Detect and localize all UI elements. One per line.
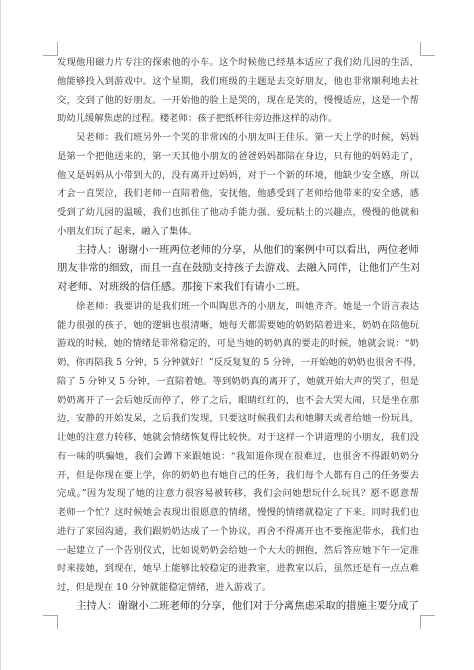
text-line: 一起建立了一个告别仪式，比如说奶奶会给她一个大大的拥抱，然后答应她下午一定准 (57, 542, 419, 561)
text-line: 有一味的哄骗她，我们会蹲下来跟她说：“我知道你现在很难过，也很舍不得跟奶奶分 (57, 448, 419, 467)
paragraph-continuation: 发现他用磁力片专注的探索他的小车。这个时候他已经基本适应了我们幼儿园的生活， 他… (57, 54, 419, 129)
text-line: 奶，你再陪我 5 分钟，5 分钟就好！”反反复复的 5 分钟，一开始她的奶奶也很… (57, 354, 419, 373)
text-line: 是第一个把他送来的，第一天其他小朋友的爸爸妈妈都陪在身边，只有他的妈妈走了， (57, 148, 419, 167)
crop-mark-bottom-left (43, 615, 58, 629)
crop-mark-top-left (43, 42, 58, 56)
crop-mark-top-right (420, 42, 435, 56)
text-line: 主持人：谢谢小二班老师的分享，他们对于分离焦虑采取的措施主要分成了两方面， (57, 598, 419, 617)
text-line: 游戏的时候，她的情绪是非常稳定的，可是当她的奶奶真的要走的时候，她就会说：“奶 (57, 335, 419, 354)
text-line: 才会一直哭泣，我们老师一直陪着他，安抚他，他感受到了老师给他带来的安全感，感 (57, 185, 419, 204)
text-line: 让她的注意力转移，她就会情绪恢复得比较快。对于这样一个讲道理的小朋友，我们没 (57, 429, 419, 448)
text-line: 奶奶离开了一会后她反而停了，停了之后，眼睛红红的，也不会大哭大闹，只是坐在那 (57, 392, 419, 411)
text-line: 发现他用磁力片专注的探索他的小车。这个时候他已经基本适应了我们幼儿园的生活， (57, 54, 419, 73)
text-line: 助幼儿缓解焦虑的过程。楼老师：孩子把纸杯往旁边推这样的动作。 (57, 110, 419, 129)
text-line: 过，但是现在 10 分钟就能稳定情绪，进入游戏了。 (57, 579, 419, 598)
text-line: 对老师、对班级的信任感。那接下来我们有请小二班。 (57, 279, 419, 298)
text-line: 他能够投入到游戏中。这个星期，我们班级的主题是去交好朋友，他也非常顺利地去社 (57, 73, 419, 92)
text-line: 时来接她，到现在，她早上能够比较稳定的进教室，进教室以后，虽然还是有一点点难 (57, 560, 419, 579)
text-line: 能力很强的孩子，她的逻辑也很清晰，她每天都需要她的奶奶陪着进来，奶奶在陪他玩 (57, 317, 419, 336)
page-edge (0, 0, 1, 670)
text-line: 陪了 5 分钟又 5 分钟，一直陪着她。等到奶奶真的离开了，她就开始大声的哭了，… (57, 373, 419, 392)
text-line: 主持人：谢谢小一班两位老师的分享，从他们的案例中可以看出，两位老师观察小 (57, 242, 419, 261)
text-line: 徐老师：我要讲的是我们班一个叫陶思齐的小朋友，叫她齐齐。她是一个语言表达 (57, 298, 419, 317)
text-line: 完成。”因为发现了她的注意力很容易被转移，我们会问她想玩什么玩具？愿不愿意帮 (57, 485, 419, 504)
text-line: 开，但是你现在要上学，你的奶奶也有她自己的任务，我们每个人都有自己的任务要去 (57, 467, 419, 486)
paragraph-teacher-wu: 吴老师：我们班另外一个哭的非常凶的小朋友叫王佳乐。第一天上学的时候，妈妈 是第一… (57, 129, 419, 242)
text-line: 朋友非常的细致，而且一直在鼓励支持孩子去游戏、去融入同伴，让他们产生对学校、 (57, 260, 419, 279)
crop-mark-bottom-right (420, 615, 435, 629)
paragraph-teacher-xu: 徐老师：我要讲的是我们班一个叫陶思齐的小朋友，叫她齐齐。她是一个语言表达 能力很… (57, 298, 419, 598)
text-line: 进行了家园沟通，我们跟奶奶达成了一个协议，再舍不得离开也不要拖泥带水，我们也 (57, 523, 419, 542)
text-line: 边，安静的开始发呆，之后我们发现，只要这时候我们去和她聊天或者给她一份玩具， (57, 410, 419, 429)
text-line: 老师一个忙？这时候她会表现出很愿意的情绪，慢慢的情绪就稳定了下来。同时我们也 (57, 504, 419, 523)
paragraph-host-2: 主持人：谢谢小二班老师的分享，他们对于分离焦虑采取的措施主要分成了两方面， (57, 598, 419, 617)
text-line: 吴老师：我们班另外一个哭的非常凶的小朋友叫王佳乐。第一天上学的时候，妈妈 (57, 129, 419, 148)
text-line: 小朋友们玩了起来，融入了集体。 (57, 223, 419, 242)
text-line: 他又是妈妈从小带到大的，没有离开过妈妈，对于一个新的环境，他缺少安全感，所以 (57, 167, 419, 186)
text-line: 交，交到了他的好朋友。一开始他的脸上是哭的，现在是笑的，慢慢适应，这是一个帮 (57, 92, 419, 111)
paragraph-host-1: 主持人：谢谢小一班两位老师的分享，从他们的案例中可以看出，两位老师观察小 朋友非… (57, 242, 419, 298)
document-body: 发现他用磁力片专注的探索他的小车。这个时候他已经基本适应了我们幼儿园的生活， 他… (57, 54, 419, 617)
text-line: 受到了幼儿园的温暖，我们也抓住了他动手能力强、爱玩粘土的兴趣点，慢慢的他就和 (57, 204, 419, 223)
